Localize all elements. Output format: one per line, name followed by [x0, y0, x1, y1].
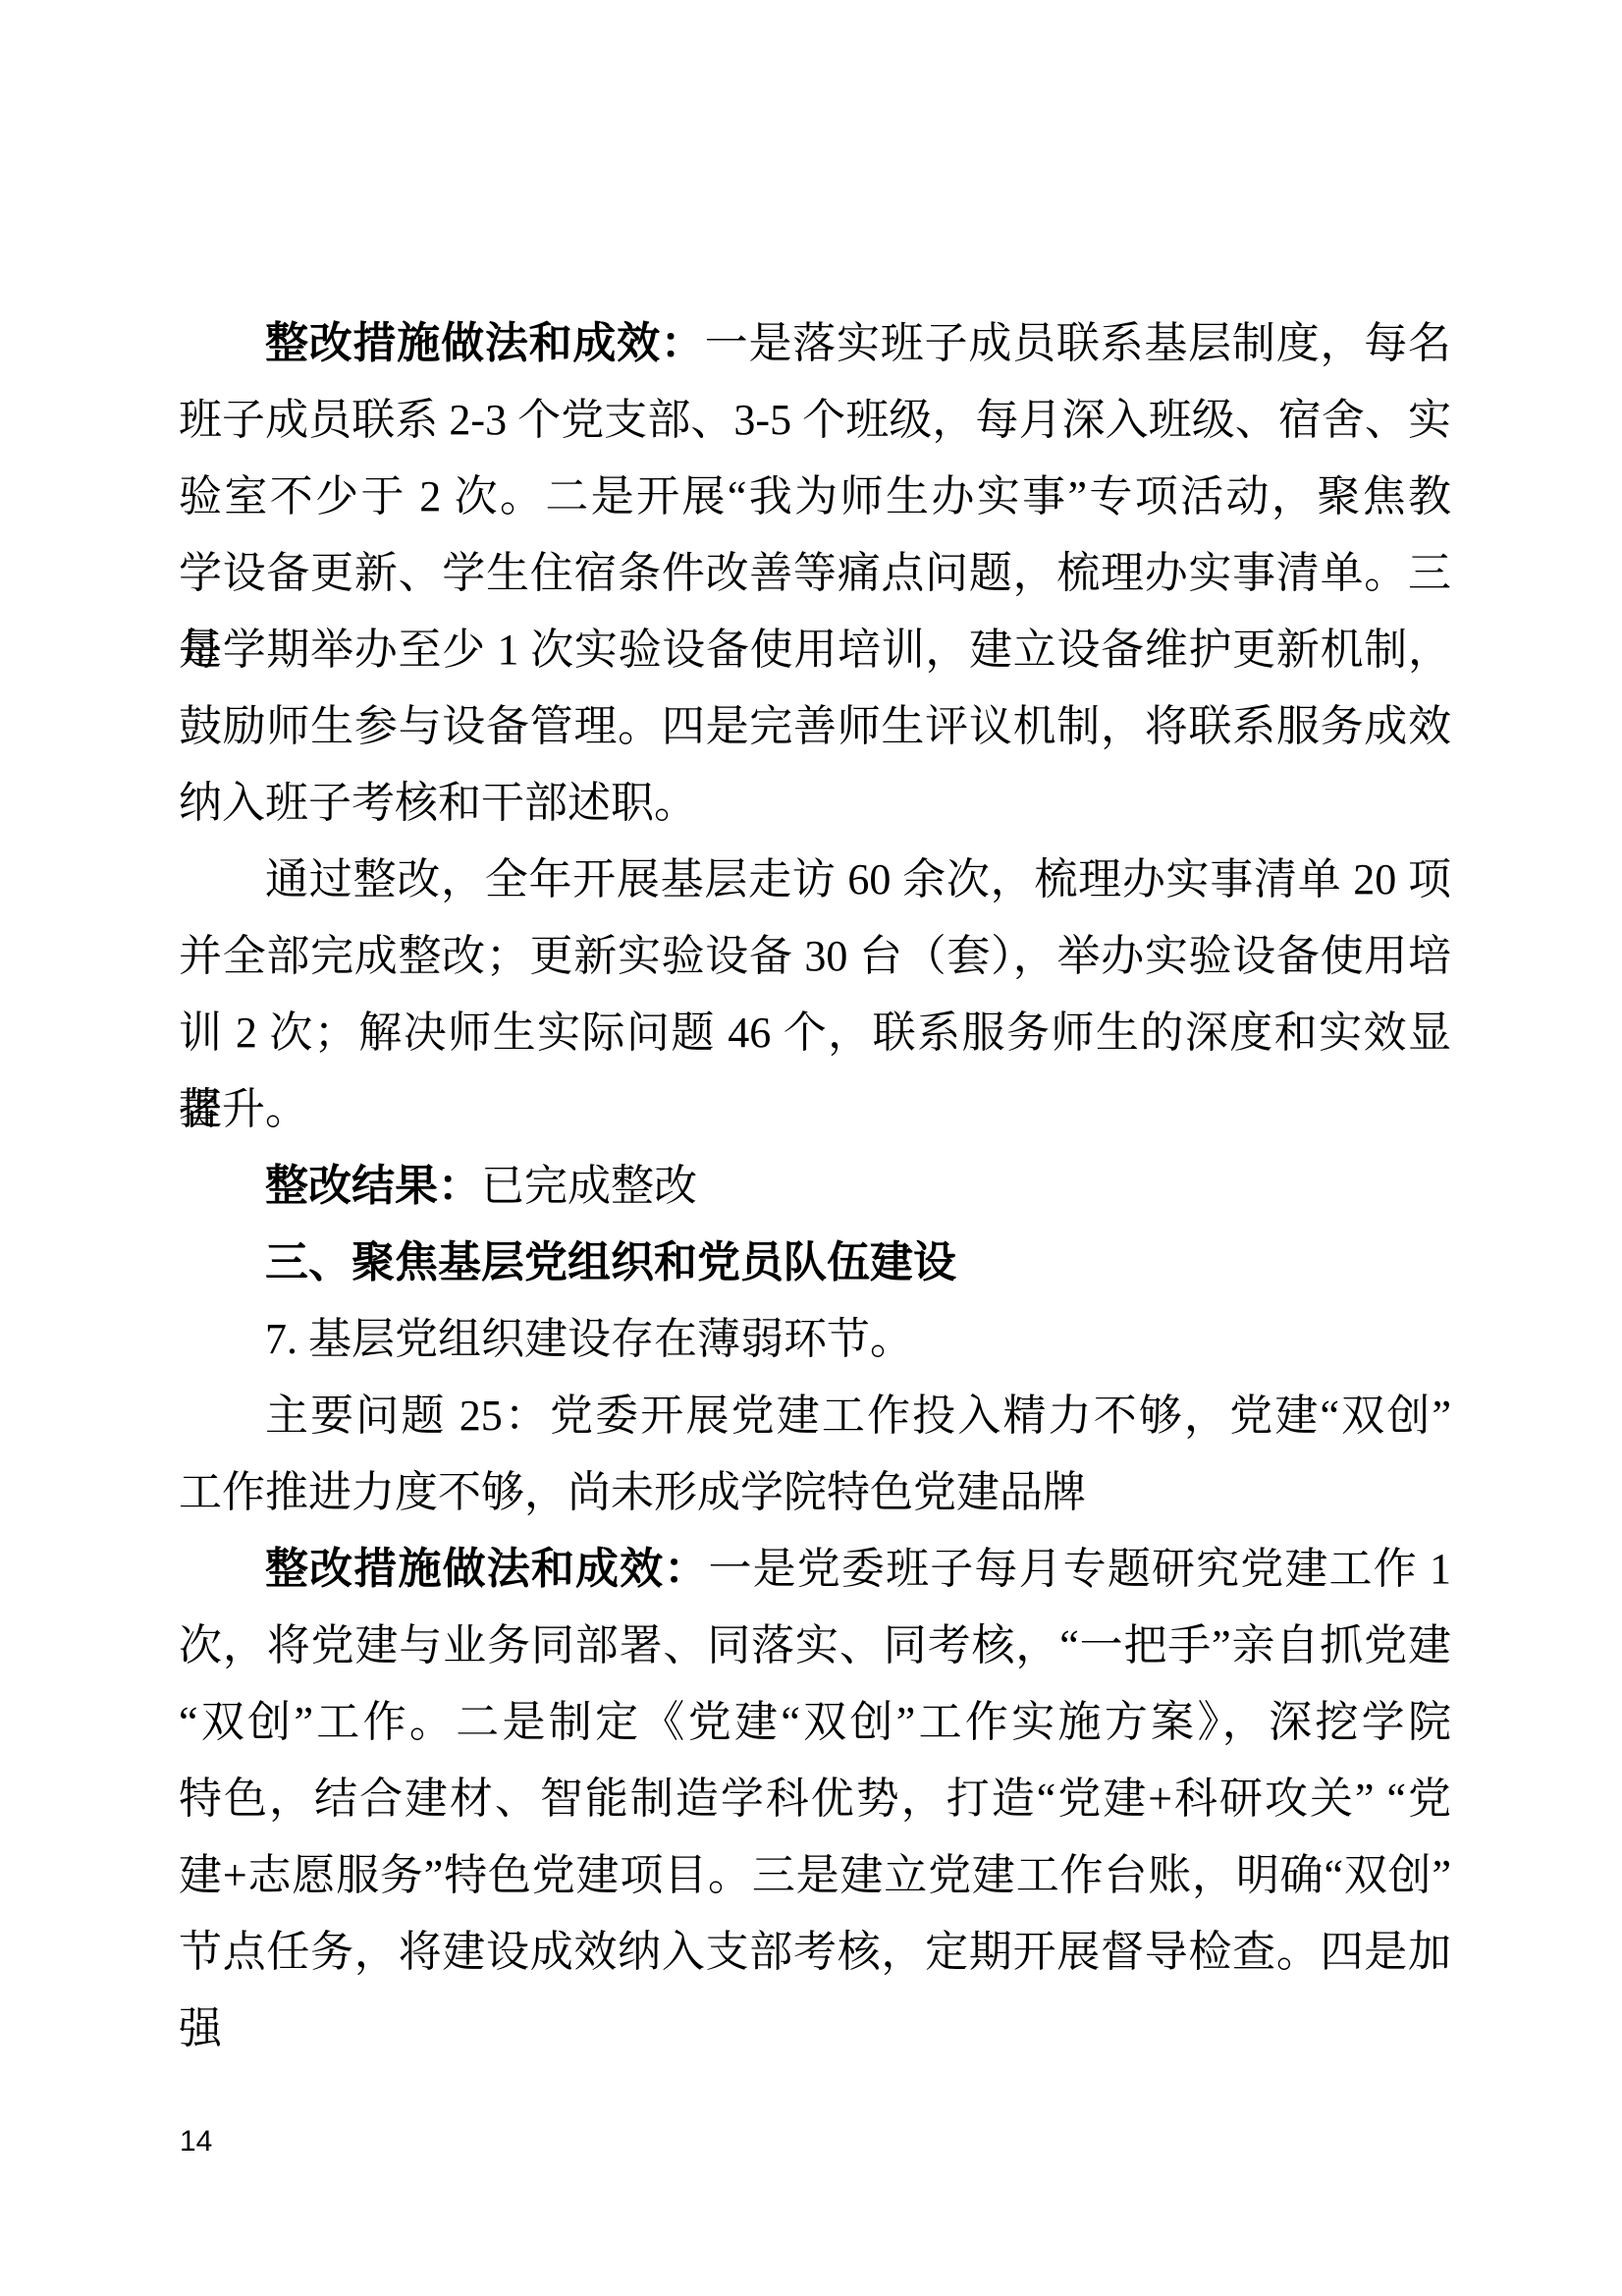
body-text-run: 鼓励师生参与设备管理。四是完善师生评议机制，将联系服务成效 [179, 702, 1451, 750]
text-line: 主要问题 25：党委开展党建工作投入精力不够，党建“双创” [179, 1378, 1451, 1454]
body-text-run: 已完成整改 [481, 1162, 697, 1210]
body-text-run: 并全部完成整改；更新实验设备 30 台（套），举办实验设备使用培 [179, 932, 1451, 980]
body-text-run: 提升。 [179, 1085, 308, 1133]
text-line: 并全部完成整改；更新实验设备 30 台（套），举办实验设备使用培 [179, 918, 1451, 995]
text-line: 通过整改，全年开展基层走访 60 余次，梳理办实事清单 20 项 [179, 842, 1451, 918]
text-line: 三、聚焦基层党组织和党员队伍建设 [179, 1225, 1451, 1301]
section-heading-text: 三、聚焦基层党组织和党员队伍建设 [265, 1238, 956, 1286]
text-line: 提升。 [179, 1071, 1451, 1148]
body-text-run: 每学期举办至少 1 次实验设备使用培训，建立设备维护更新机制， [179, 626, 1451, 674]
body-text-run: 验室不少于 2 次。二是开展“我为师生办实事”专项活动，聚焦教 [179, 472, 1451, 520]
body-text-run: 特色，结合建材、智能制造学科优势，打造“党建+科研攻关” “党 [179, 1775, 1451, 1823]
body-text-run: 纳入班子考核和干部述职。 [179, 779, 697, 827]
document-page: 整改措施做法和成效：一是落实班子成员联系基层制度，每名班子成员联系 2-3 个党… [0, 0, 1622, 2296]
text-line: “双创”工作。二是制定《党建“双创”工作实施方案》，深挖学院 [179, 1684, 1451, 1761]
body-text-run: 通过整改，全年开展基层走访 60 余次，梳理办实事清单 20 项 [265, 855, 1451, 903]
text-line: 节点任务，将建设成效纳入支部考核，定期开展督导检查。四是加强 [179, 1914, 1451, 1991]
bold-label-text: 整改措施做法和成效： [265, 1545, 708, 1593]
text-line: 整改结果：已完成整改 [179, 1148, 1451, 1225]
text-line: 纳入班子考核和干部述职。 [179, 765, 1451, 842]
body-text-run: 节点任务，将建设成效纳入支部考核，定期开展督导检查。四是加强 [179, 1928, 1451, 2052]
text-line: 鼓励师生参与设备管理。四是完善师生评议机制，将联系服务成效 [179, 688, 1451, 765]
body-text-run: 7. 基层党组织建设存在薄弱环节。 [265, 1315, 913, 1363]
text-line: 次，将党建与业务同部署、同落实、同考核，“一把手”亲自抓党建 [179, 1608, 1451, 1684]
page-number: 14 [180, 2125, 212, 2159]
body-text-run: 次，将党建与业务同部署、同落实、同考核，“一把手”亲自抓党建 [179, 1621, 1451, 1669]
text-line: 7. 基层党组织建设存在薄弱环节。 [179, 1301, 1451, 1378]
text-line: 验室不少于 2 次。二是开展“我为师生办实事”专项活动，聚焦教 [179, 459, 1451, 535]
text-line: 每学期举办至少 1 次实验设备使用培训，建立设备维护更新机制， [179, 612, 1451, 688]
body-text-run: 主要问题 25：党委开展党建工作投入精力不够，党建“双创” [265, 1392, 1451, 1440]
body-text-run: 班子成员联系 2-3 个党支部、3-5 个班级，每月深入班级、宿舍、实 [179, 396, 1451, 444]
document-body: 整改措施做法和成效：一是落实班子成员联系基层制度，每名班子成员联系 2-3 个党… [179, 305, 1451, 1991]
body-text-run: 一是党委班子每月专题研究党建工作 1 [708, 1545, 1451, 1593]
text-line: 特色，结合建材、智能制造学科优势，打造“党建+科研攻关” “党 [179, 1761, 1451, 1837]
body-text-run: “双创”工作。二是制定《党建“双创”工作实施方案》，深挖学院 [179, 1698, 1451, 1746]
bold-label-text: 整改结果： [265, 1162, 481, 1210]
text-line: 学设备更新、学生住宿条件改善等痛点问题，梳理办实事清单。三是 [179, 535, 1451, 612]
text-line: 建+志愿服务”特色党建项目。三是建立党建工作台账，明确“双创” [179, 1837, 1451, 1914]
body-text-run: 工作推进力度不够，尚未形成学院特色党建品牌 [179, 1468, 1086, 1516]
bold-label-text: 整改措施做法和成效： [265, 319, 705, 367]
text-line: 训 2 次；解决师生实际问题 46 个，联系服务师生的深度和实效显著 [179, 995, 1451, 1071]
body-text-run: 建+志愿服务”特色党建项目。三是建立党建工作台账，明确“双创” [179, 1851, 1451, 1899]
text-line: 班子成员联系 2-3 个党支部、3-5 个班级，每月深入班级、宿舍、实 [179, 382, 1451, 459]
body-text-run: 一是落实班子成员联系基层制度，每名 [705, 319, 1451, 367]
text-line: 工作推进力度不够，尚未形成学院特色党建品牌 [179, 1454, 1451, 1531]
text-line: 整改措施做法和成效：一是党委班子每月专题研究党建工作 1 [179, 1531, 1451, 1608]
text-line: 整改措施做法和成效：一是落实班子成员联系基层制度，每名 [179, 305, 1451, 382]
